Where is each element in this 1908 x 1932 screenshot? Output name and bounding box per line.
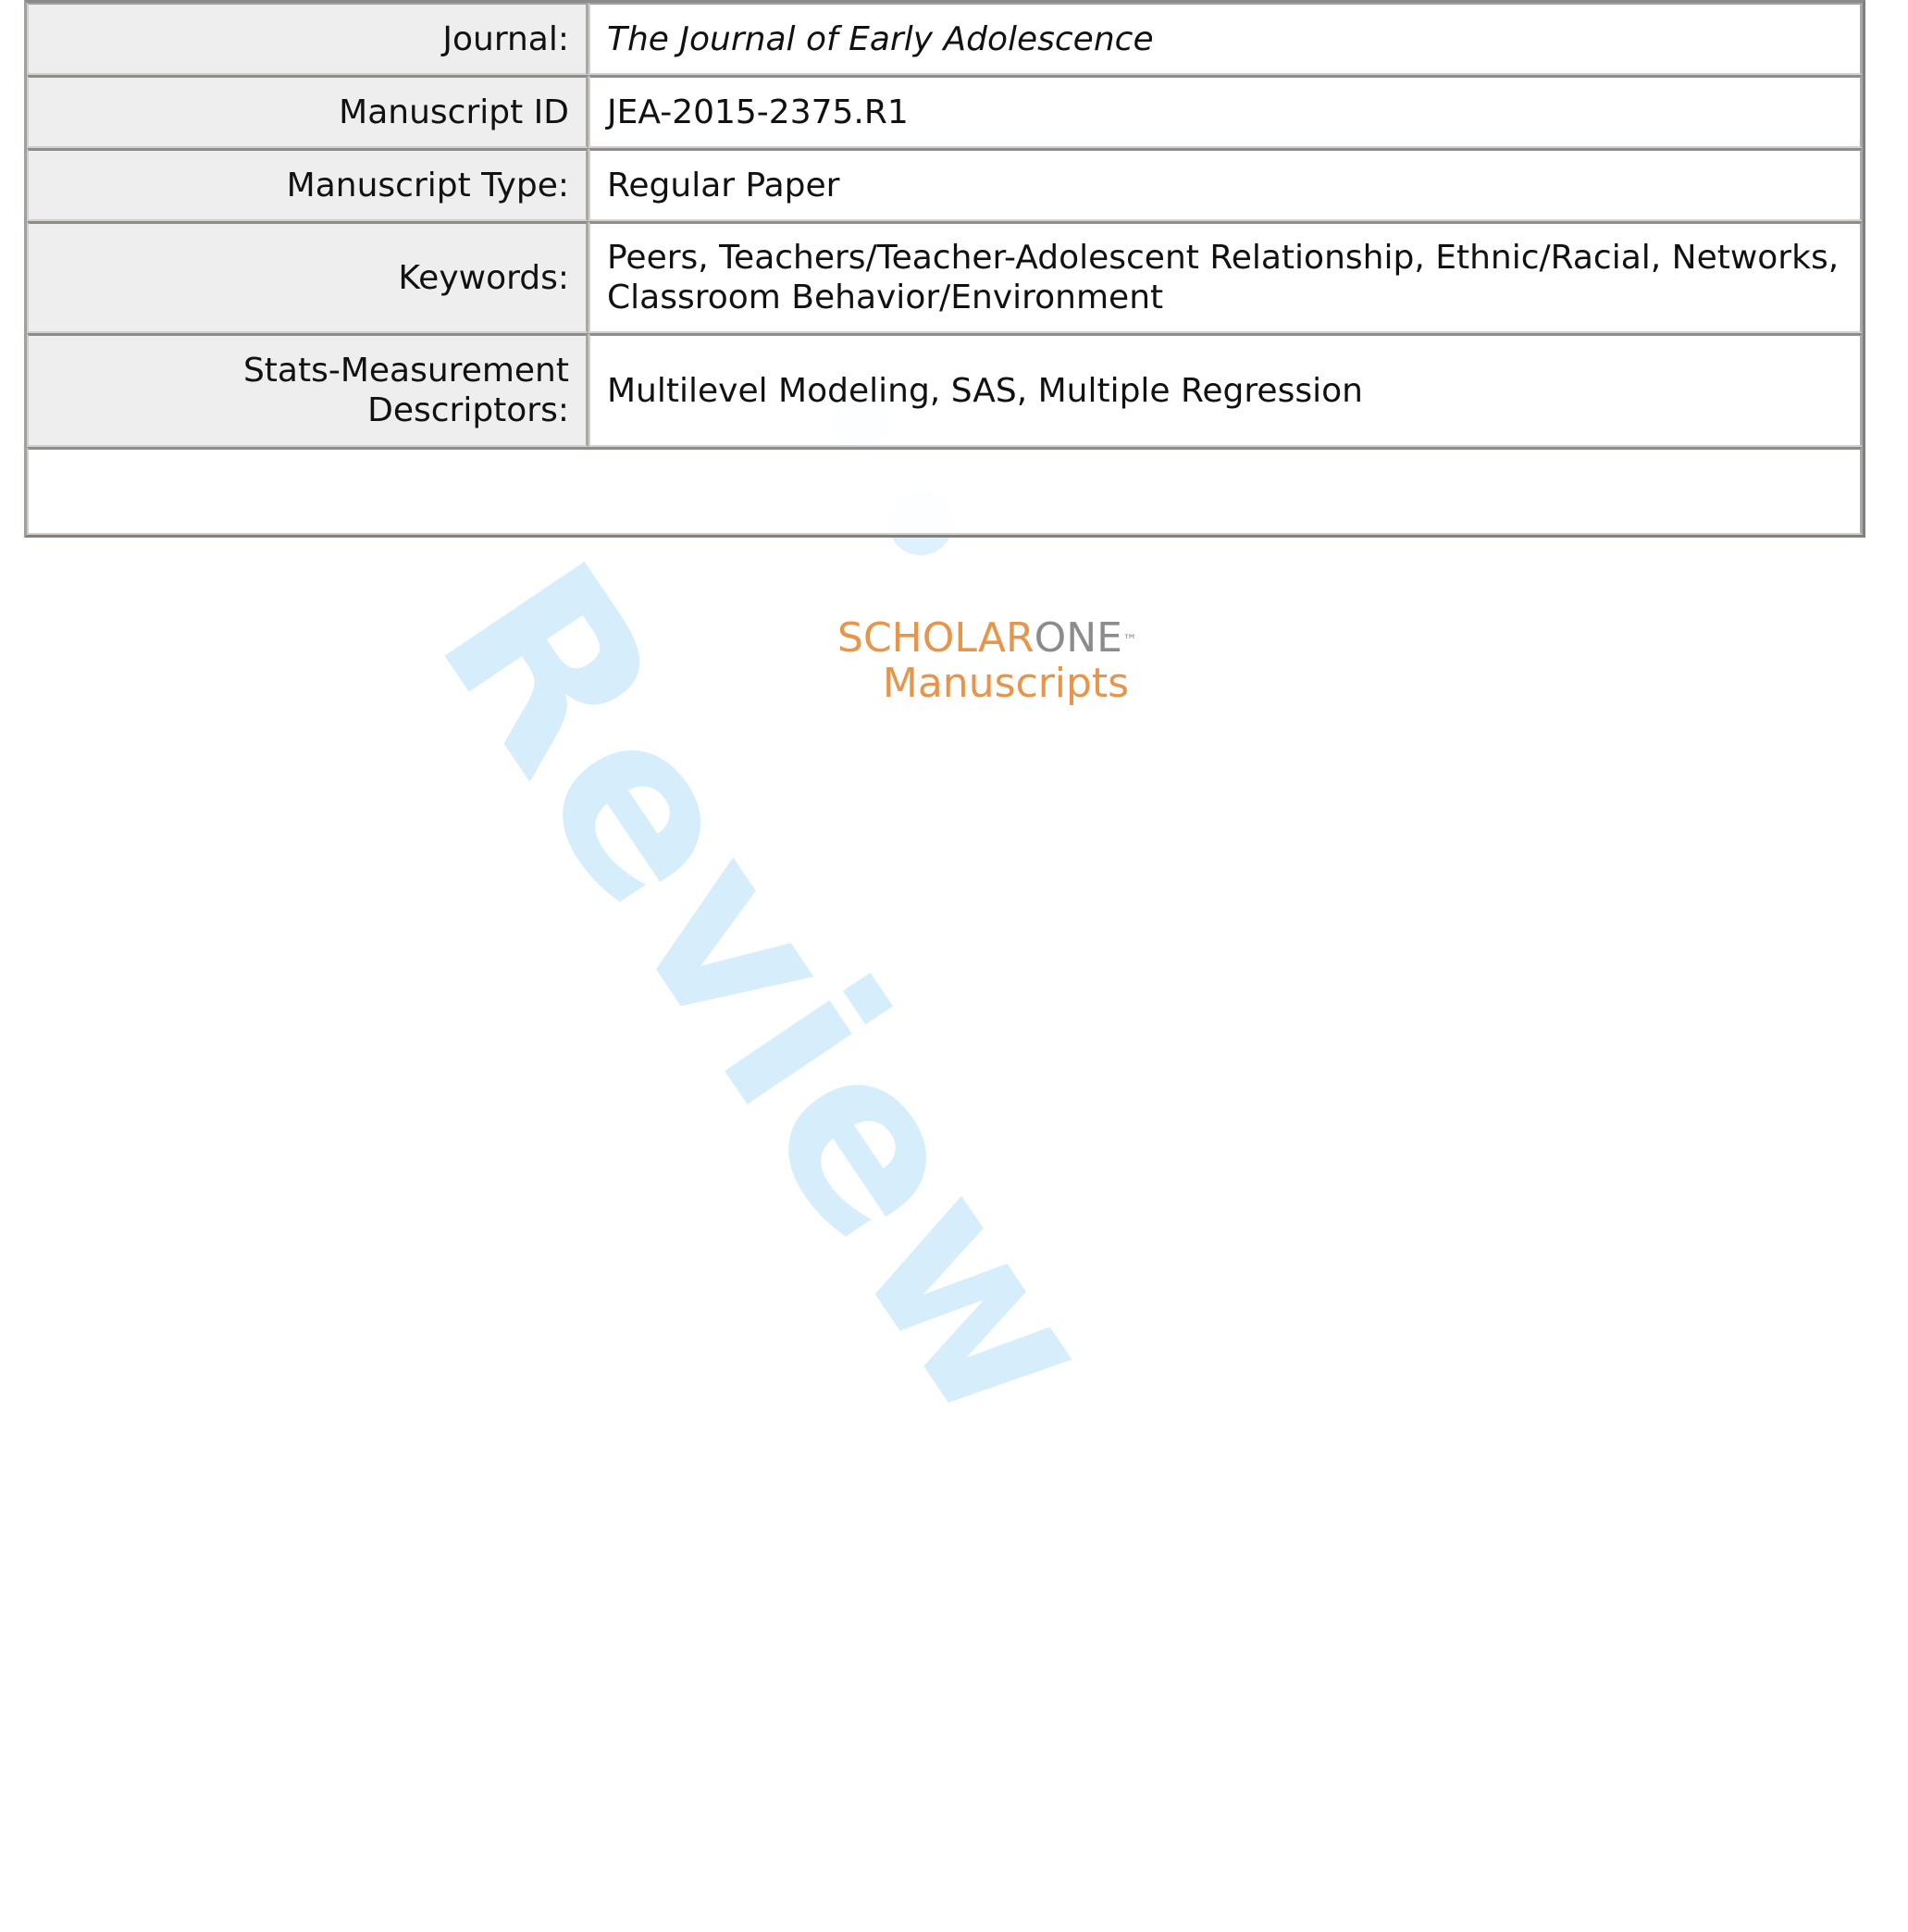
keywords-value: Peers, Teachers/Teacher-Adolescent Relat… [589,221,1863,333]
logo-brand-line: SCHOLARONE™ [830,615,1145,662]
table-row-journal: Journal: The Journal of Early Adolescenc… [27,3,1863,75]
empty-cell [27,447,1863,535]
manuscript-id-label: Manuscript ID [27,75,589,148]
table-row-keywords: Keywords: Peers, Teachers/Teacher-Adoles… [27,221,1863,333]
logo-one-text: ONE [1035,614,1122,662]
stats-descriptors-label: Stats-MeasurementDescriptors: [27,333,589,447]
manuscript-metadata-table: Journal: The Journal of Early Adolescenc… [24,0,1865,538]
table-row-manuscript-type: Manuscript Type: Regular Paper [27,148,1863,221]
keywords-label: Keywords: [27,221,589,333]
manuscript-id-value: JEA-2015-2375.R1 [589,75,1863,148]
table-row-empty [27,447,1863,535]
table-row-manuscript-id: Manuscript ID JEA-2015-2375.R1 [27,75,1863,148]
stats-descriptors-value: Multilevel Modeling, SAS, Multiple Regre… [589,333,1863,447]
table-row-stats-descriptors: Stats-MeasurementDescriptors: Multilevel… [27,333,1863,447]
manuscript-type-label: Manuscript Type: [27,148,589,221]
logo-product-text: Manuscripts [830,662,1145,706]
logo-scholar-text: SCHOLAR [837,614,1035,662]
scholarone-logo: SCHOLARONE™ Manuscripts [830,615,1145,706]
trademark-symbol: ™ [1122,631,1137,649]
manuscript-type-value: Regular Paper [589,148,1863,221]
journal-value: The Journal of Early Adolescence [589,3,1863,75]
journal-label: Journal: [27,3,589,75]
